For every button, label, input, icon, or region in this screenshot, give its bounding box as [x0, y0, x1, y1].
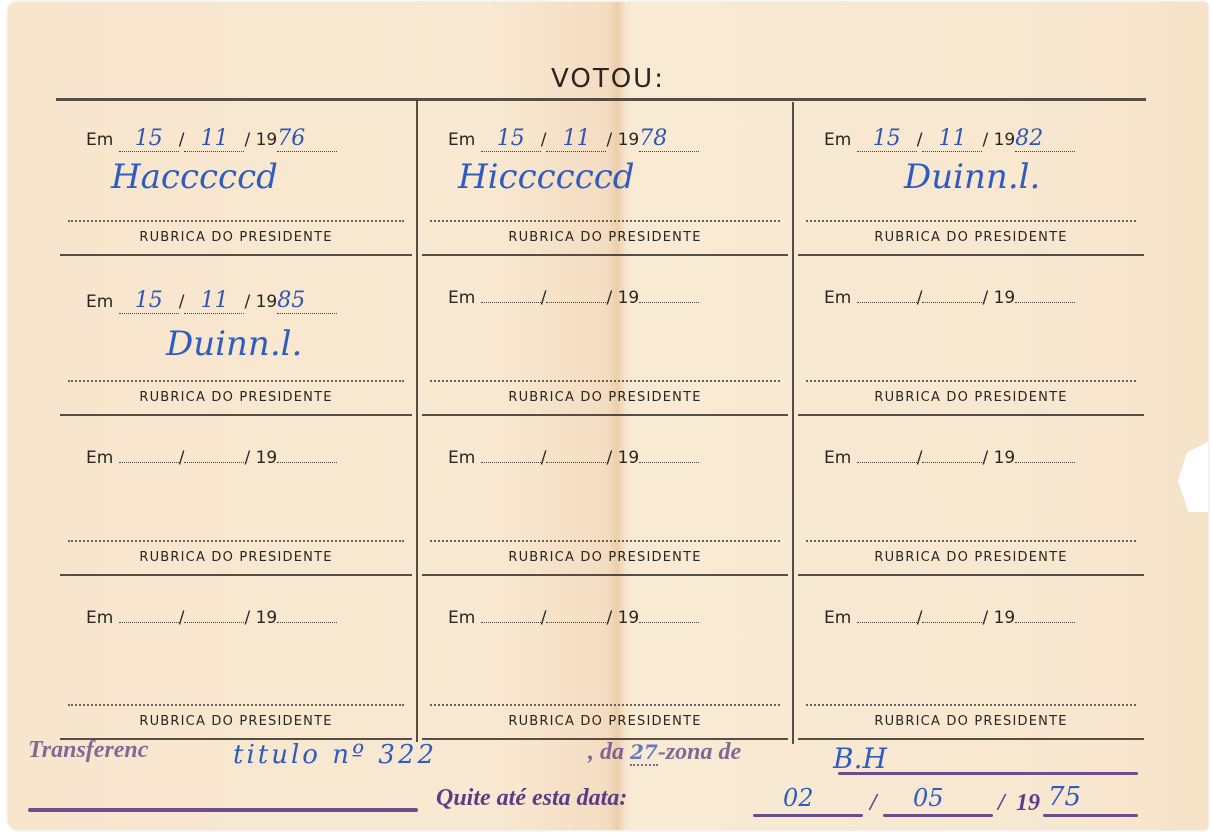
signature-line: [430, 704, 780, 706]
date-line: Em // 19: [448, 448, 699, 468]
zone-city-text: B.H: [833, 742, 887, 775]
transfer-title-number: titulo nº 322: [233, 740, 437, 770]
date-line: Em 15/11/ 1982: [824, 126, 1075, 152]
year-value: 85: [277, 288, 305, 313]
signature-label: RUBRICA DO PRESIDENTE: [56, 230, 416, 245]
torn-edge: [1178, 442, 1208, 512]
month-value: 11: [562, 126, 590, 151]
row-rule: [422, 574, 788, 576]
quite-slash-1: /: [870, 790, 877, 817]
day-value: 15: [873, 126, 901, 151]
signature-label: RUBRICA DO PRESIDENTE: [794, 390, 1148, 405]
quite-day: 02: [783, 784, 814, 812]
year-prefix: 19: [256, 130, 278, 150]
vote-cell: Em 15/11/ 1978 Hiccccccd RUBRICA DO PRES…: [418, 102, 792, 260]
row-rule: [798, 738, 1144, 740]
vote-cell: Em // 19 RUBRICA DO PRESIDENTE: [418, 264, 792, 420]
year-prefix: 19: [994, 130, 1016, 150]
year-prefix: 19: [256, 608, 278, 628]
quite-year-line: [1043, 814, 1138, 817]
year-prefix: 19: [618, 608, 640, 628]
vote-cell: Em // 19 RUBRICA DO PRESIDENTE: [418, 424, 792, 580]
vote-cell: Em // 19 RUBRICA DO PRESIDENTE: [56, 424, 416, 580]
date-line: Em // 19: [86, 448, 337, 468]
zone-suffix: -zona de: [658, 739, 741, 765]
quite-year-prefix: 19: [1016, 790, 1040, 817]
year-prefix: 19: [256, 448, 278, 468]
signature-line: [68, 220, 404, 222]
date-prefix: Em: [86, 292, 113, 312]
year-prefix: 19: [994, 608, 1016, 628]
signature-line: [430, 540, 780, 542]
vote-cell: Em // 19 RUBRICA DO PRESIDENTE: [418, 584, 792, 744]
page-title: VOTOU:: [8, 64, 1208, 94]
vote-cell: Em 15/11/ 1982 Duinn.l. RUBRICA DO PRESI…: [794, 102, 1148, 260]
date-prefix: Em: [86, 448, 113, 468]
date-line: Em 15/11/ 1978: [448, 126, 699, 152]
date-line: Em // 19: [448, 288, 699, 308]
signature-line: [806, 540, 1136, 542]
date-line: Em // 19: [86, 608, 337, 628]
vote-cell: Em 15/11/ 1985 Duinn.l. RUBRICA DO PRESI…: [56, 264, 416, 420]
row-rule: [798, 414, 1144, 416]
signature-line: [68, 704, 404, 706]
zone-number: 27: [630, 740, 658, 766]
year-prefix: 19: [994, 288, 1016, 308]
transfer-stamp-text: Transferenc: [28, 737, 148, 763]
year-prefix: 19: [618, 288, 640, 308]
quite-year-value: 75: [1048, 782, 1081, 812]
voter-card: VOTOU: Em 15/11/ 1976 Hacccccd RUBRICA D…: [8, 2, 1208, 830]
quite-day-line: [753, 814, 863, 817]
zone-city: B.H: [833, 742, 887, 775]
signature-label: RUBRICA DO PRESIDENTE: [56, 714, 416, 729]
year-prefix: 19: [256, 292, 278, 312]
quite-year: 75: [1048, 782, 1081, 812]
day-value: 15: [497, 126, 525, 151]
date-line: Em 15/11/ 1976: [86, 126, 337, 152]
signature-line: [430, 220, 780, 222]
year-value: 82: [1015, 126, 1043, 151]
date-prefix: Em: [824, 608, 851, 628]
year-prefix: 19: [618, 130, 640, 150]
president-signature: Hiccccccd: [458, 157, 635, 197]
signature-line: [68, 540, 404, 542]
date-prefix: Em: [824, 130, 851, 150]
quite-month-line: [883, 814, 993, 817]
signature-label: RUBRICA DO PRESIDENTE: [418, 550, 792, 565]
date-line: Em // 19: [824, 288, 1075, 308]
date-line: Em // 19: [448, 608, 699, 628]
signature-label: RUBRICA DO PRESIDENTE: [794, 230, 1148, 245]
year-value: 76: [277, 126, 305, 151]
month-value: 11: [200, 126, 228, 151]
row-rule: [798, 254, 1144, 256]
date-prefix: Em: [824, 448, 851, 468]
month-value: 11: [938, 126, 966, 151]
date-line: Em // 19: [824, 608, 1075, 628]
date-prefix: Em: [448, 288, 475, 308]
vote-cell: Em // 19 RUBRICA DO PRESIDENTE: [794, 424, 1148, 580]
date-prefix: Em: [86, 608, 113, 628]
transfer-stamp: Transferenc: [28, 737, 148, 764]
signature-line: [806, 380, 1136, 382]
zone-prefix: , da: [588, 739, 624, 765]
row-rule: [798, 574, 1144, 576]
year-prefix: 19: [994, 448, 1016, 468]
signature-label: RUBRICA DO PRESIDENTE: [418, 714, 792, 729]
signature-label: RUBRICA DO PRESIDENTE: [794, 714, 1148, 729]
date-prefix: Em: [448, 448, 475, 468]
signature-line: [430, 380, 780, 382]
quite-slash-2: /: [998, 790, 1005, 817]
vote-cell: Em // 19 RUBRICA DO PRESIDENTE: [794, 584, 1148, 744]
vote-cell: Em 15/11/ 1976 Hacccccd RUBRICA DO PRESI…: [56, 102, 416, 260]
date-prefix: Em: [86, 130, 113, 150]
day-value: 15: [135, 288, 163, 313]
row-rule: [422, 414, 788, 416]
day-value: 15: [135, 126, 163, 151]
president-signature: Hacccccd: [111, 157, 278, 197]
transfer-handwritten: titulo nº 322: [233, 740, 437, 770]
month-value: 11: [200, 288, 228, 313]
signature-line: [806, 220, 1136, 222]
vote-cell: Em // 19 RUBRICA DO PRESIDENTE: [56, 584, 416, 744]
signature-line: [68, 380, 404, 382]
date-line: Em 15/11/ 1985: [86, 288, 337, 314]
quite-day-value: 02: [783, 784, 814, 812]
president-signature: Duinn.l.: [166, 324, 302, 364]
zone-underline: [838, 772, 1138, 775]
president-signature: Duinn.l.: [904, 157, 1040, 197]
signature-label: RUBRICA DO PRESIDENTE: [56, 390, 416, 405]
quite-month-value: 05: [913, 784, 944, 812]
date-prefix: Em: [448, 608, 475, 628]
quite-label-text: Quite até esta data:: [436, 785, 627, 811]
signature-label: RUBRICA DO PRESIDENTE: [56, 550, 416, 565]
quite-label: Quite até esta data:: [436, 785, 627, 812]
date-line: Em // 19: [824, 448, 1075, 468]
quite-left-line: [28, 808, 418, 812]
signature-label: RUBRICA DO PRESIDENTE: [794, 550, 1148, 565]
row-rule: [422, 254, 788, 256]
row-rule: [60, 414, 412, 416]
quite-month: 05: [913, 784, 944, 812]
year-value: 78: [639, 126, 667, 151]
vote-cell: Em // 19 RUBRICA DO PRESIDENTE: [794, 264, 1148, 420]
top-rule: [56, 98, 1146, 101]
year-prefix: 19: [618, 448, 640, 468]
date-prefix: Em: [824, 288, 851, 308]
row-rule: [60, 254, 412, 256]
signature-line: [806, 704, 1136, 706]
signature-label: RUBRICA DO PRESIDENTE: [418, 390, 792, 405]
signature-label: RUBRICA DO PRESIDENTE: [418, 230, 792, 245]
zone-stamp: , da 27-zona de: [588, 739, 741, 766]
quite-year-prefix-text: 19: [1016, 790, 1040, 816]
date-prefix: Em: [448, 130, 475, 150]
row-rule: [60, 574, 412, 576]
